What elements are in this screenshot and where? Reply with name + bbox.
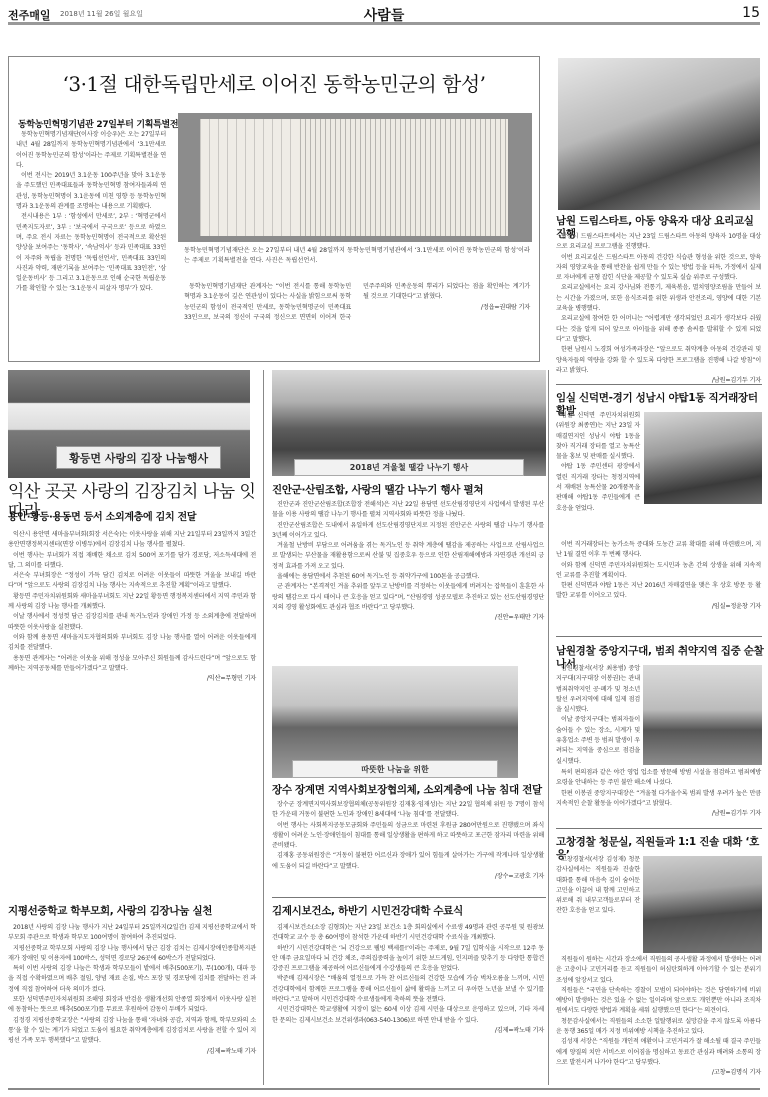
byline: /익산=무형민 기자 — [8, 674, 256, 684]
paragraph: 군 관계자는 “본격적인 겨울 추위를 앞두고 난방비를 걱정하는 이웃들에게 … — [272, 582, 544, 613]
paragraph: 야탑 1동 주민센터 광장에서 열린 직거래 장터는 청정지역에서 재배된 농특… — [556, 462, 640, 513]
paragraph: 김재홍 공동위원장은 “거동이 불편한 어르신과 장애가 있어 힘들게 살아가는… — [272, 851, 544, 872]
namwon-police-body: 남원경찰서(서장 최용범) 중앙지구대(지구대장 이봉권)는 관내 범죄취약지인… — [556, 664, 640, 767]
imsil-market-photo[interactable] — [644, 412, 762, 504]
paragraph: 남원경찰서(서장 최용범) 중앙지구대(지구대장 이봉권)는 관내 범죄취약지인… — [556, 664, 640, 715]
namwon-police-photo[interactable] — [643, 665, 762, 765]
donghak-title: ‘3·1절 대한독립만세로 이어진 동학농민군의 함성’ — [14, 68, 534, 97]
divider — [556, 636, 762, 637]
paragraph: 특히 편의점과 같은 야간 영업 업소를 방문해 방범 시설을 점검하고 범죄예… — [556, 768, 761, 789]
iksan-kimchi-photo[interactable]: 황등면 사랑의 김장 나눔행사 — [8, 370, 250, 478]
byline: /임실=정윤창 기자 — [556, 602, 761, 612]
declaration-document-image — [200, 119, 508, 236]
paragraph: 고창경찰서(서장 김성재) 청문감사실에서는 직원들과 진솔한 대화를 통해 마… — [556, 855, 640, 917]
paragraph: 진안군산림조합은 도내에서 유일하게 선도산림경영단지로 지정된 진안군은 사랑… — [272, 521, 544, 542]
paragraph: 겨울철 난방비 부담으로 어려움을 겪는 독거노인 등 취약 계층에 땔감을 제… — [272, 541, 544, 572]
gimje-health-title: 김제시보건소, 하반기 시민건강대학 수료식 — [272, 905, 548, 918]
donghak-subhead: 동학농민혁명기념관 27일부터 기획특별전 — [18, 117, 178, 130]
paragraph: 한편 이봉권 중앙지구대장은 “겨울철 다가올수록 범죄 발생 우려가 높은 만… — [556, 789, 761, 810]
paragraph: 김제시보건소(소장 김형희)는 지난 23일 보건소 1층 회의실에서 수료생 … — [272, 923, 544, 944]
paragraph: 올해에는 용담면에서 추천된 60여 독거노인 등 취약가구에 100톤을 공급… — [272, 572, 544, 582]
paragraph: 한편 신덕면과 야탑 1동은 지난 2016년 자매결연을 맺은 후 상호 방문… — [556, 581, 761, 602]
donghak-body: 동학농민혁명기념재단(이사장 이승우)은 오는 27일부터 내년 4월 28일까… — [16, 130, 166, 295]
iksan-kimchi-body: 익산시 용안면 새마을부녀회(회장 서은숙)는 이웃사랑을 위해 지난 21일부… — [8, 530, 256, 684]
paragraph: 임실 신덕면 주민자치위원회(위원장 최종연)는 지난 23일 자매결연지인 성… — [556, 411, 640, 462]
paragraph: 요리교실에 참여한 한 어머니는 “어렵게만 생각되었던 요리가 생각보다 쉬웠… — [556, 314, 761, 345]
divider — [556, 828, 762, 829]
paragraph: 하반기 시민건강대학은 ‘뇌 건강으로 웰빙 백세를!’이라는 주제로, 9월 … — [272, 944, 544, 975]
paragraph: 이와 함께 신덕면 주민자치위원회는 도시민과 농촌 간의 상생을 위해 지속적… — [556, 561, 761, 582]
byline: /남원=김기두 기자 — [556, 809, 761, 819]
divider — [272, 897, 546, 898]
donghak-photo-caption: 동학농민혁명기념재단은 오는 27일부터 내년 4월 28일까지 동학농민혁명기… — [184, 246, 530, 267]
declaration-photo[interactable] — [178, 113, 532, 242]
column-rule — [548, 370, 549, 1085]
gochang-police-body: 고창경찰서(서장 김성재) 청문감사실에서는 직원들과 진솔한 대화를 통해 마… — [556, 855, 640, 917]
paragraph: 지평선중학교 학부모회 사랑의 김장 나눔 행사에서 담근 김장 김치는 김제시… — [8, 944, 256, 965]
paragraph: 동학농민혁명기념재단(이사장 이승우)은 오는 27일부터 내년 4월 28일까… — [16, 130, 166, 171]
byline: /진안=우태만 기자 — [272, 613, 544, 623]
paragraph: 이번 전시는 2019년 3.1운동 100주년을 맞아 3.1운동을 주도했던… — [16, 171, 166, 212]
byline: /정읍=권대람 기자 — [363, 303, 530, 313]
paragraph: 한편 남원시 노경희 여성가족과장은 “앞으로도 취약계층 아동의 건강관리 및… — [556, 345, 761, 376]
jipyeongseon-title: 지평선중학교 학부모회, 사랑의 김장나눔 실천 — [8, 905, 262, 918]
divider — [556, 384, 762, 385]
gochang-police-body-2: 직원들이 원하는 시간과 장소에서 직원들의 공사생활 과정에서 발생하는 어려… — [556, 955, 761, 1079]
jinan-firewood-title: 진안군·산림조합, 사랑의 땔감 나누기 행사 펼쳐 — [272, 484, 548, 497]
byline: /장수=고광호 기자 — [272, 872, 544, 882]
jangsu-bed-photo[interactable]: 따뜻한 나눔을 위한 — [272, 666, 518, 778]
paragraph: 이와 함께 용동면 새마을지도자협의회와 부녀회도 김장 나눔 행사를 열어 어… — [8, 633, 256, 654]
paragraph: 김성재 서장은 “직원들 개인적 애환이나 고민거리가 잘 해소될 때 결국 주… — [556, 1037, 761, 1068]
photo-banner: 2018년 겨울철 땔감 나누기 행사 — [294, 459, 524, 476]
gimje-health-body: 김제시보건소(소장 김형희)는 지난 23일 보건소 1층 회의실에서 수료생 … — [272, 923, 544, 1036]
paragraph: 박준배 김제시장은 “배움의 열정으로 가득 찬 어르신들의 건강한 모습에 가… — [272, 974, 544, 1005]
photo-banner: 따뜻한 나눔을 위한 — [292, 760, 499, 778]
jinan-firewood-photo[interactable]: 2018년 겨울철 땔감 나누기 행사 — [272, 370, 546, 476]
byline: /고창=김명식 기자 — [556, 1068, 761, 1078]
paragraph: 이날 중앙지구대는 범죄자들이 숨어들 수 있는 장소, 시계가 및 유흥업소 … — [556, 715, 640, 766]
jinan-firewood-body: 진안군과 진안군산림조합(조합장 전해석)은 지난 22일 용담면 선도산림경영… — [272, 500, 544, 624]
paragraph: 직원들이 원하는 시간과 장소에서 직원들의 공사생활 과정에서 발생하는 어려… — [556, 955, 761, 986]
paragraph: 전시내용은 1부 : ‘함성에서 만세로’, 2부 : ‘혁명군에서 민족지도자… — [16, 212, 166, 294]
paragraph: 특히 이번 사랑의 김장 나눔은 학생과 학부모들이 밭에서 배추(500포기)… — [8, 964, 256, 995]
namwon-cooking-body: 남원시 드림스타트에서는 지난 23일 드림스타트 아동의 양육자 10명을 대… — [556, 232, 761, 386]
gochang-police-photo[interactable] — [643, 856, 762, 953]
page-number: 15 — [742, 5, 760, 21]
paragraph: 남원시 드림스타트에서는 지난 23일 드림스타트 아동의 양육자 10명을 대… — [556, 232, 761, 253]
paragraph: 요리교실에서는 요리 강사님와 전통기, 제육볶음, 멸치영양조림을 만들어 보… — [556, 283, 761, 314]
namwon-police-body-2: 특히 편의점과 같은 야간 영업 업소를 방문해 방범 시설을 점검하고 범죄예… — [556, 768, 761, 819]
paragraph: 김정경 지평선중학교장은 “사랑의 김장 나눔을 통해 ‘자녀와 공감, 지역과… — [8, 1016, 256, 1047]
bottom-rule — [8, 1088, 760, 1090]
paragraph: 진안군과 진안군산림조합(조합장 전해석)은 지난 22일 용담면 선도산림경영… — [272, 500, 544, 521]
byline: /김제=곽노태 기자 — [8, 1047, 256, 1057]
byline: /김제=곽노태 기자 — [272, 1026, 544, 1036]
paragraph: 익산시 용안면 새마을부녀회(회장 서은숙)는 이웃사랑을 위해 지난 21일부… — [8, 530, 256, 551]
paragraph: 서은숙 부녀회장은 “정성이 가득 담긴 김치로 어려운 이웃들이 따뜻한 겨울… — [8, 571, 256, 592]
photo-banner: 황등면 사랑의 김장 나눔행사 — [56, 446, 221, 470]
paragraph: 이번 요리교실은 드림스타트 아동의 건강한 식습관 형성을 위한 것으로, 양… — [556, 253, 761, 284]
imsil-market-body: 임실 신덕면 주민자치위원회(위원장 최종연)는 지난 23일 자매결연지인 성… — [556, 411, 640, 514]
cooking-class-photo[interactable] — [558, 58, 760, 210]
donghak-body-2: 동학농민혁명기념재단 관계자는 “이번 전시를 통해 동학농민혁명과 3.1운동… — [184, 282, 530, 323]
jangsu-bed-title: 장수 장계면 지역사회보장협의체, 소외계층에 나눔 침대 전달 — [272, 784, 548, 797]
paragraph: 이번 직거래장터는 농가소득 증대와 도농간 교류 확대를 위해 마련됐으며, … — [556, 540, 761, 561]
imsil-market-body-2: 이번 직거래장터는 농가소득 증대와 도농간 교류 확대를 위해 마련됐으며, … — [556, 540, 761, 612]
masthead-rule — [8, 22, 760, 25]
jangsu-bed-body: 장수군 장계면지역사회보장협의체(공동위원장 김재홍·임재성)는 지난 22일 … — [272, 800, 544, 882]
paragraph: 시민건강대학은 학교생활에 지장이 없는 60세 이상 김제 시민을 대상으로 … — [272, 1005, 544, 1026]
jipyeongseon-body: 2018년 사랑의 김장 나눔 행사가 지난 24일부터 25일까지(2일간) … — [8, 923, 256, 1057]
paragraph: 직원들은 “국민을 단속하는 경찰이 모범이 되어야하는 것은 당연하기에 비위… — [556, 986, 761, 1017]
paragraph: 이날 행사에서 정성껏 담근 김장김치를 관내 독거노인과 장애인 가정 등 소… — [8, 612, 256, 633]
paragraph: 이번 행사는 부녀회가 직접 재배한 채소로 김치 500여 포기를 담가 경로… — [8, 551, 256, 572]
paragraph: 2018년 사랑의 김장 나눔 행사가 지난 24일부터 25일까지(2일간) … — [8, 923, 256, 944]
paragraph: 장수군 장계면지역사회보장협의체(공동위원장 김재홍·임재성)는 지난 22일 … — [272, 800, 544, 821]
column-rule — [263, 370, 264, 1085]
paragraph: 황등면 주민자치위원회와 새마을부녀회도 지난 22일 황등면 행정복지센터에서… — [8, 592, 256, 613]
paragraph: 용동면 관계자는 “어려운 이웃을 위해 정성을 모아주신 회원들께 감사드린다… — [8, 654, 256, 675]
paragraph: 이번 행사는 사회복지공동모금회와 주민들의 성금으로 마련된 후원금 280여… — [272, 821, 544, 852]
paragraph: 청문감사실에서는 직원들의 소소한 일탈행위로 실망감을 주지 않도록 아름다운… — [556, 1017, 761, 1038]
paragraph: 또한 성덕면주민자치위원회 조해영 회장과 반검음 생활개선회 안종열 회장께서… — [8, 995, 256, 1016]
iksan-kimchi-subhead: 용안·황등·용동면 등서 소외계층에 김치 전달 — [8, 512, 262, 524]
